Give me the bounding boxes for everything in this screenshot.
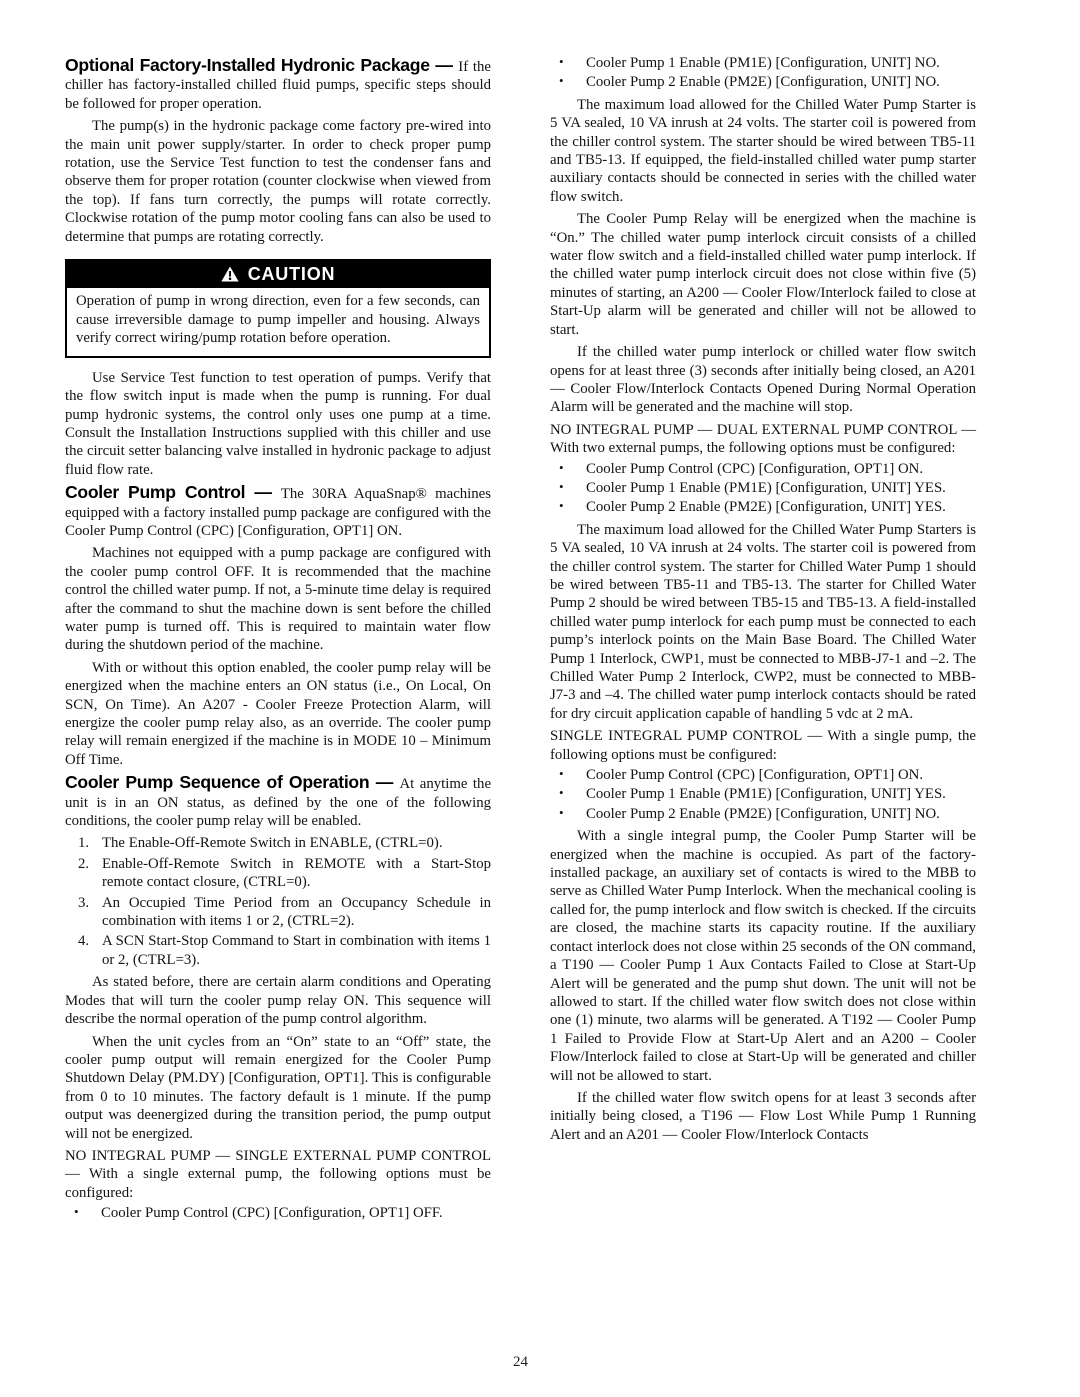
list-item: 3.An Occupied Time Period from an Occupa… [65, 894, 491, 931]
bullet-icon: • [559, 765, 564, 783]
section-lead-paragraph: Optional Factory-Installed Hydronic Pack… [65, 56, 491, 113]
subsection-paragraph: NO INTEGRAL PUMP — DUAL EXTERNAL PUMP CO… [550, 421, 976, 458]
caution-box: CAUTIONOperation of pump in wrong direct… [65, 259, 491, 358]
subsection-paragraph: SINGLE INTEGRAL PUMP CONTROL — With a si… [550, 727, 976, 764]
left-column: Optional Factory-Installed Hydronic Pack… [65, 52, 491, 1223]
bullet-list: •Cooler Pump 1 Enable (PM1E) [Configurat… [550, 54, 976, 92]
paragraph: With a single integral pump, the Cooler … [550, 827, 976, 1085]
list-item-text: Cooler Pump 2 Enable (PM2E) [Configurati… [586, 499, 946, 515]
bullet-icon: • [559, 497, 564, 515]
list-item-text: Cooler Pump 1 Enable (PM1E) [Configurati… [586, 55, 940, 71]
paragraph: Use Service Test function to test operat… [65, 369, 491, 479]
bullet-icon: • [559, 459, 564, 477]
list-item-text: Cooler Pump 1 Enable (PM1E) [Configurati… [586, 786, 946, 802]
list-number: 4. [78, 932, 89, 950]
section-heading: Cooler Pump Sequence of Operation — [65, 772, 399, 792]
list-number: 1. [78, 834, 89, 852]
section-lead-paragraph: Cooler Pump Control — The 30RA AquaSnap®… [65, 483, 491, 540]
list-item: •Cooler Pump 2 Enable (PM2E) [Configurat… [550, 498, 976, 516]
paragraph: The maximum load allowed for the Chilled… [550, 96, 976, 206]
list-number: 2. [78, 855, 89, 873]
paragraph: The Cooler Pump Relay will be energized … [550, 210, 976, 339]
list-item-text: A SCN Start-Stop Command to Start in com… [102, 933, 491, 967]
list-item: 1.The Enable-Off-Remote Switch in ENABLE… [65, 834, 491, 852]
page-number: 24 [65, 1354, 976, 1371]
bullet-icon: • [559, 53, 564, 71]
bullet-icon: • [559, 478, 564, 496]
list-item-text: Cooler Pump Control (CPC) [Configuration… [101, 1205, 443, 1221]
paragraph: When the unit cycles from an “On” state … [65, 1033, 491, 1143]
list-item-text: Cooler Pump Control (CPC) [Configuration… [586, 461, 923, 477]
paragraph: Machines not equipped with a pump packag… [65, 544, 491, 654]
list-item: •Cooler Pump 2 Enable (PM2E) [Configurat… [550, 805, 976, 823]
section-heading: Optional Factory-Installed Hydronic Pack… [65, 55, 458, 75]
list-item-text: Enable-Off-Remote Switch in REMOTE with … [102, 856, 491, 890]
caution-title: CAUTION [248, 265, 336, 283]
paragraph: If the chilled water flow switch opens f… [550, 1089, 976, 1144]
list-item: •Cooler Pump 1 Enable (PM1E) [Configurat… [550, 785, 976, 803]
paragraph: The maximum load allowed for the Chilled… [550, 521, 976, 723]
list-item: 4.A SCN Start-Stop Command to Start in c… [65, 932, 491, 969]
page-content: Optional Factory-Installed Hydronic Pack… [65, 52, 976, 1223]
paragraph: With or without this option enabled, the… [65, 659, 491, 769]
bullet-icon: • [559, 804, 564, 822]
list-item: •Cooler Pump 1 Enable (PM1E) [Configurat… [550, 54, 976, 72]
bullet-list: •Cooler Pump Control (CPC) [Configuratio… [550, 460, 976, 517]
list-item: •Cooler Pump Control (CPC) [Configuratio… [65, 1204, 491, 1222]
paragraph: If the chilled water pump interlock or c… [550, 343, 976, 417]
list-number: 3. [78, 894, 89, 912]
list-item-text: Cooler Pump 1 Enable (PM1E) [Configurati… [586, 480, 946, 496]
bullet-list: •Cooler Pump Control (CPC) [Configuratio… [65, 1204, 491, 1222]
list-item: •Cooler Pump 1 Enable (PM1E) [Configurat… [550, 479, 976, 497]
list-item-text: Cooler Pump 2 Enable (PM2E) [Configurati… [586, 74, 940, 90]
caution-header: CAUTION [67, 261, 489, 288]
section-heading: Cooler Pump Control — [65, 482, 281, 502]
bullet-list: •Cooler Pump Control (CPC) [Configuratio… [550, 766, 976, 823]
bullet-icon: • [559, 72, 564, 90]
section-lead-paragraph: Cooler Pump Sequence of Operation — At a… [65, 773, 491, 830]
numbered-list: 1.The Enable-Off-Remote Switch in ENABLE… [65, 834, 491, 969]
paragraph: The pump(s) in the hydronic package come… [65, 117, 491, 246]
list-item: •Cooler Pump Control (CPC) [Configuratio… [550, 766, 976, 784]
right-column: •Cooler Pump 1 Enable (PM1E) [Configurat… [550, 52, 976, 1223]
list-item-text: An Occupied Time Period from an Occupanc… [102, 895, 491, 929]
caution-text: Operation of pump in wrong direction, ev… [67, 288, 489, 355]
subsection-paragraph: NO INTEGRAL PUMP — SINGLE EXTERNAL PUMP … [65, 1147, 491, 1202]
bullet-icon: • [559, 784, 564, 802]
list-item: 2.Enable-Off-Remote Switch in REMOTE wit… [65, 855, 491, 892]
list-item-text: Cooler Pump 2 Enable (PM2E) [Configurati… [586, 806, 940, 822]
list-item: •Cooler Pump Control (CPC) [Configuratio… [550, 460, 976, 478]
list-item-text: Cooler Pump Control (CPC) [Configuration… [586, 767, 923, 783]
document-page: Optional Factory-Installed Hydronic Pack… [0, 0, 1080, 1397]
list-item-text: The Enable-Off-Remote Switch in ENABLE, … [102, 835, 443, 851]
list-item: •Cooler Pump 2 Enable (PM2E) [Configurat… [550, 73, 976, 91]
warning-triangle-icon [221, 266, 239, 282]
bullet-icon: • [74, 1203, 79, 1221]
paragraph: As stated before, there are certain alar… [65, 973, 491, 1028]
